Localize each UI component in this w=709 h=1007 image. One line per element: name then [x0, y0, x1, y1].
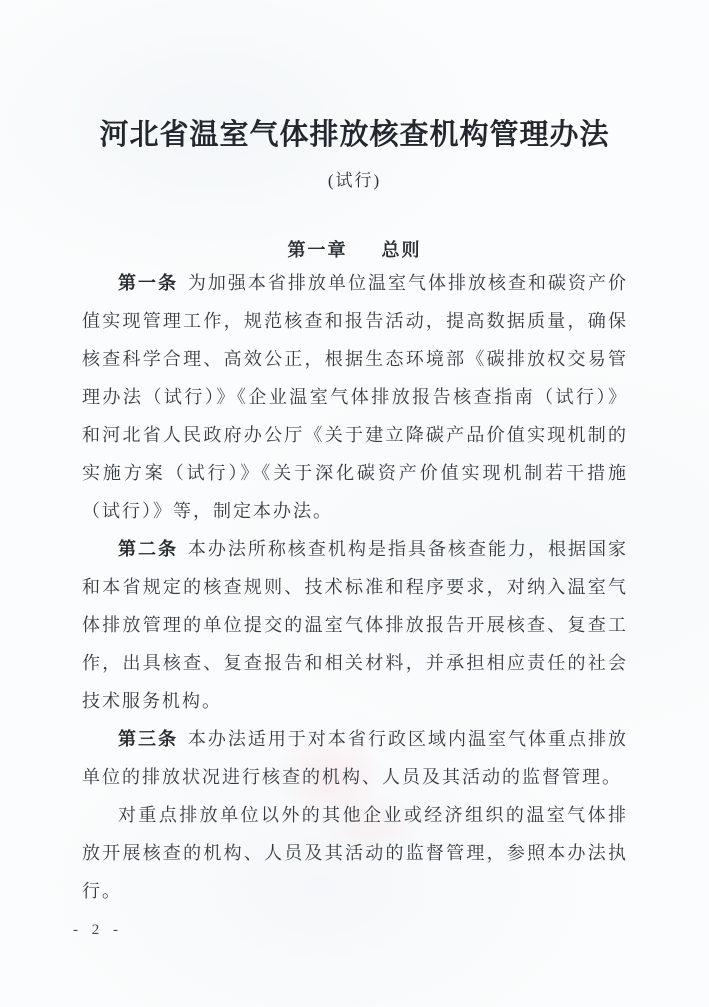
article-3-number: 第三条: [118, 729, 178, 749]
article-3-continuation-text: 对重点排放单位以外的其他企业或经济组织的温室气体排放开展核查的机构、人员及其活动…: [82, 805, 628, 901]
chapter-title: 总则: [382, 240, 422, 260]
paragraph-article-2: 第二条本办法所称核查机构是指具备核查能力，根据国家和本省规定的核查规则、技术标准…: [82, 530, 628, 720]
chapter-number: 第一章: [288, 240, 348, 260]
document-subtitle: (试行): [0, 166, 709, 191]
article-1-number: 第一条: [118, 273, 178, 293]
paragraph-article-1: 第一条为加强本省排放单位温室气体排放核查和碳资产价值实现管理工作，规范核查和报告…: [82, 264, 628, 530]
chapter-heading: 第一章总则: [0, 236, 709, 262]
document-body: 第一条为加强本省排放单位温室气体排放核查和碳资产价值实现管理工作，规范核查和报告…: [82, 264, 628, 910]
scanned-document-page: 河北省温室气体排放核查机构管理办法 (试行) 第一章总则 第一条为加强本省排放单…: [0, 0, 709, 1007]
document-title: 河北省温室气体排放核查机构管理办法: [0, 112, 709, 153]
paragraph-article-3-continuation: 对重点排放单位以外的其他企业或经济组织的温室气体排放开展核查的机构、人员及其活动…: [82, 796, 628, 910]
article-1-text: 为加强本省排放单位温室气体排放核查和碳资产价值实现管理工作，规范核查和报告活动，…: [82, 273, 628, 521]
article-2-text: 本办法所称核查机构是指具备核查能力，根据国家和本省规定的核查规则、技术标准和程序…: [82, 539, 628, 711]
page-number: - 2 -: [73, 922, 123, 939]
article-2-number: 第二条: [118, 539, 178, 559]
paragraph-article-3: 第三条本办法适用于对本省行政区域内温室气体重点排放单位的排放状况进行核查的机构、…: [82, 720, 628, 796]
